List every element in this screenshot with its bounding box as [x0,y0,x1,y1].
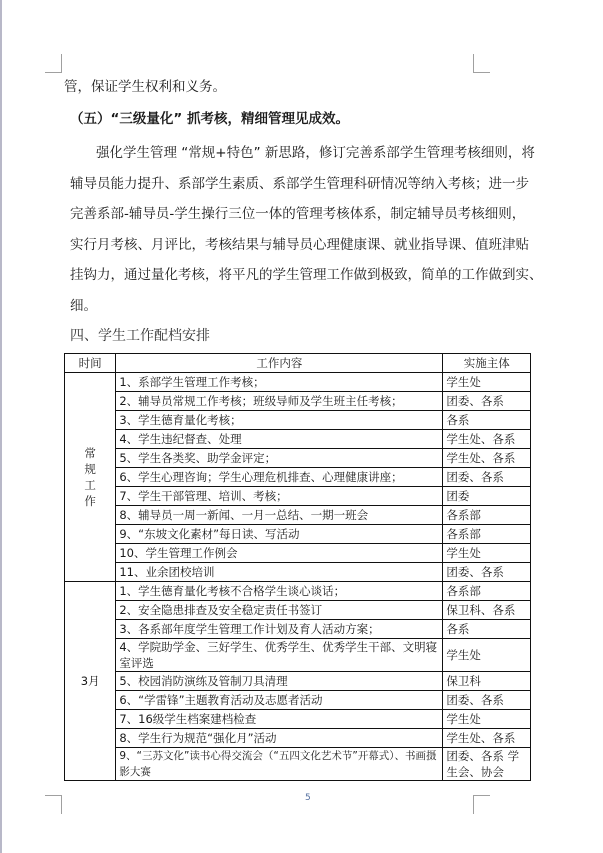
content-cell: 8、辅导员一周一新闻、一月一总结、一期一班会 [116,506,443,525]
section-title: 四、学生工作配档安排 [70,325,210,345]
subheading-five: （五）“三级量化” 抓考核，精细管理见成效。 [70,104,550,134]
table-row: 10、学生管理工作例会学生处 [65,544,531,563]
schedule-table: 时间 工作内容 实施主体 常 规 工 作 1、系部学生管理工作考核； 学生处 2… [64,353,531,781]
subject-cell: 各系部 [443,506,531,525]
subject-cell: 保卫科 [443,672,531,691]
table-row: 4、学院助学金、三好学生、优秀学生、优秀学生干部、文明寝室评选学生处 [65,639,531,672]
body-line: 强化学生管理 “常规+特色” 新思路，修订完善系部学生管理考核细则，将 [70,138,550,169]
table-header-row: 时间 工作内容 实施主体 [65,354,531,373]
table-row: 4、学生违纪督查、处理学生处、各系 [65,430,531,449]
crop-mark-top-left [45,54,62,73]
content-cell: 10、学生管理工作例会 [116,544,443,563]
body-line: 完善系部-辅导员-学生操行三位一体的管理考核体系，制定辅导员考核细则， [70,199,550,230]
table-row: 5、校园消防演练及管制刀具清理保卫科 [65,672,531,691]
table-row: 2、安全隐患排查及安全稳定责任书签订保卫科、各系 [65,601,531,620]
continuation-paragraph: 管，保证学生权利和义务。 [64,72,544,102]
content-cell: 8、学生行为规范“强化月”活动 [116,729,443,748]
time-cell-march: 3月 [65,582,116,781]
time-cell-routine: 常 规 工 作 [65,373,116,582]
subject-cell: 各系 [443,411,531,430]
content-cell: 7、学生干部管理、培训、考核； [116,487,443,506]
subject-cell: 团委 [443,487,531,506]
table-row: 2、辅导员常规工作考核；班级导师及学生班主任考核；团委、各系 [65,392,531,411]
content-cell: 9、“三苏文化”读书心得交流会（“五四文化艺术节”开幕式）、书画摄影大赛 [116,748,443,781]
subject-cell: 学生处 [443,639,531,672]
content-cell: 11、业余团校培训 [116,563,443,582]
table-row: 3月 1、学生德育量化考核不合格学生谈心谈话； 各系部 [65,582,531,601]
subject-cell: 学生处 [443,544,531,563]
content-cell: 5、校园消防演练及管制刀具清理 [116,672,443,691]
body-line: 辅导员能力提升、系部学生素质、系部学生管理科研情况等纳入考核；进一步 [70,169,550,200]
body-line: 实行月考核、月评比，考核结果与辅导员心理健康课、就业指导课、值班津贴 [70,230,550,261]
subject-cell: 学生处、各系 [443,729,531,748]
subject-cell: 各系 [443,620,531,639]
content-cell: 7、16级学生档案建档检查 [116,710,443,729]
body-paragraph: 强化学生管理 “常规+特色” 新思路，修订完善系部学生管理考核细则，将 辅导员能… [70,138,550,321]
table-row: 11、业余团校培训团委、各系 [65,563,531,582]
subject-cell: 各系部 [443,582,531,601]
table-row: 9、“东坡文化素材”每日读、写活动各系部 [65,525,531,544]
body-line: 挂钩力，通过量化考核，将平凡的学生管理工作做到极致，简单的工作做到实、 [70,260,550,291]
content-cell: 1、学生德育量化考核不合格学生谈心谈话； [116,582,443,601]
subject-cell: 学生处 [443,373,531,392]
content-cell: 4、学院助学金、三好学生、优秀学生、优秀学生干部、文明寝室评选 [116,639,443,672]
subject-cell: 学生处 [443,710,531,729]
table-row: 7、学生干部管理、培训、考核；团委 [65,487,531,506]
subject-cell: 保卫科、各系 [443,601,531,620]
content-cell: 3、各系部年度学生管理工作计划及育人活动方案； [116,620,443,639]
header-time: 时间 [65,354,116,373]
table-row: 6、“学雷锋”主题教育活动及志愿者活动团委、各系 [65,691,531,710]
table-row: 3、各系部年度学生管理工作计划及育人活动方案；各系 [65,620,531,639]
content-cell: 6、学生心理咨询；学生心理危机排查、心理健康讲座； [116,468,443,487]
subject-cell: 学生处、各系 [443,430,531,449]
content-cell: 4、学生违纪督查、处理 [116,430,443,449]
body-line: 细。 [70,291,550,322]
table-row: 3、学生德育量化考核；各系 [65,411,531,430]
page-number: 5 [305,793,311,803]
content-cell: 6、“学雷锋”主题教育活动及志愿者活动 [116,691,443,710]
table-row: 常 规 工 作 1、系部学生管理工作考核； 学生处 [65,373,531,392]
crop-mark-top-right [473,54,490,73]
header-subject: 实施主体 [443,354,531,373]
table-row: 8、学生行为规范“强化月”活动学生处、各系 [65,729,531,748]
content-cell: 2、辅导员常规工作考核；班级导师及学生班主任考核； [116,392,443,411]
crop-mark-bottom-left [45,795,62,814]
subject-cell: 团委、各系 [443,468,531,487]
table-row: 7、16级学生档案建档检查学生处 [65,710,531,729]
subject-cell: 团委、各系 学生会、协会 [443,748,531,781]
subject-cell: 学生处、各系 [443,449,531,468]
table-row: 5、学生各类奖、助学金评定；学生处、各系 [65,449,531,468]
content-cell: 1、系部学生管理工作考核； [116,373,443,392]
content-cell: 3、学生德育量化考核； [116,411,443,430]
crop-mark-bottom-right [473,795,490,814]
subject-cell: 团委、各系 [443,392,531,411]
table-row: 6、学生心理咨询；学生心理危机排查、心理健康讲座；团委、各系 [65,468,531,487]
subject-cell: 团委、各系 [443,691,531,710]
content-cell: 2、安全隐患排查及安全稳定责任书签订 [116,601,443,620]
subject-cell: 各系部 [443,525,531,544]
content-cell: 5、学生各类奖、助学金评定； [116,449,443,468]
header-content: 工作内容 [116,354,443,373]
table-row: 9、“三苏文化”读书心得交流会（“五四文化艺术节”开幕式）、书画摄影大赛团委、各… [65,748,531,781]
window-left-edge [0,0,2,853]
content-cell: 9、“东坡文化素材”每日读、写活动 [116,525,443,544]
subject-cell: 团委、各系 [443,563,531,582]
table-row: 8、辅导员一周一新闻、一月一总结、一期一班会各系部 [65,506,531,525]
